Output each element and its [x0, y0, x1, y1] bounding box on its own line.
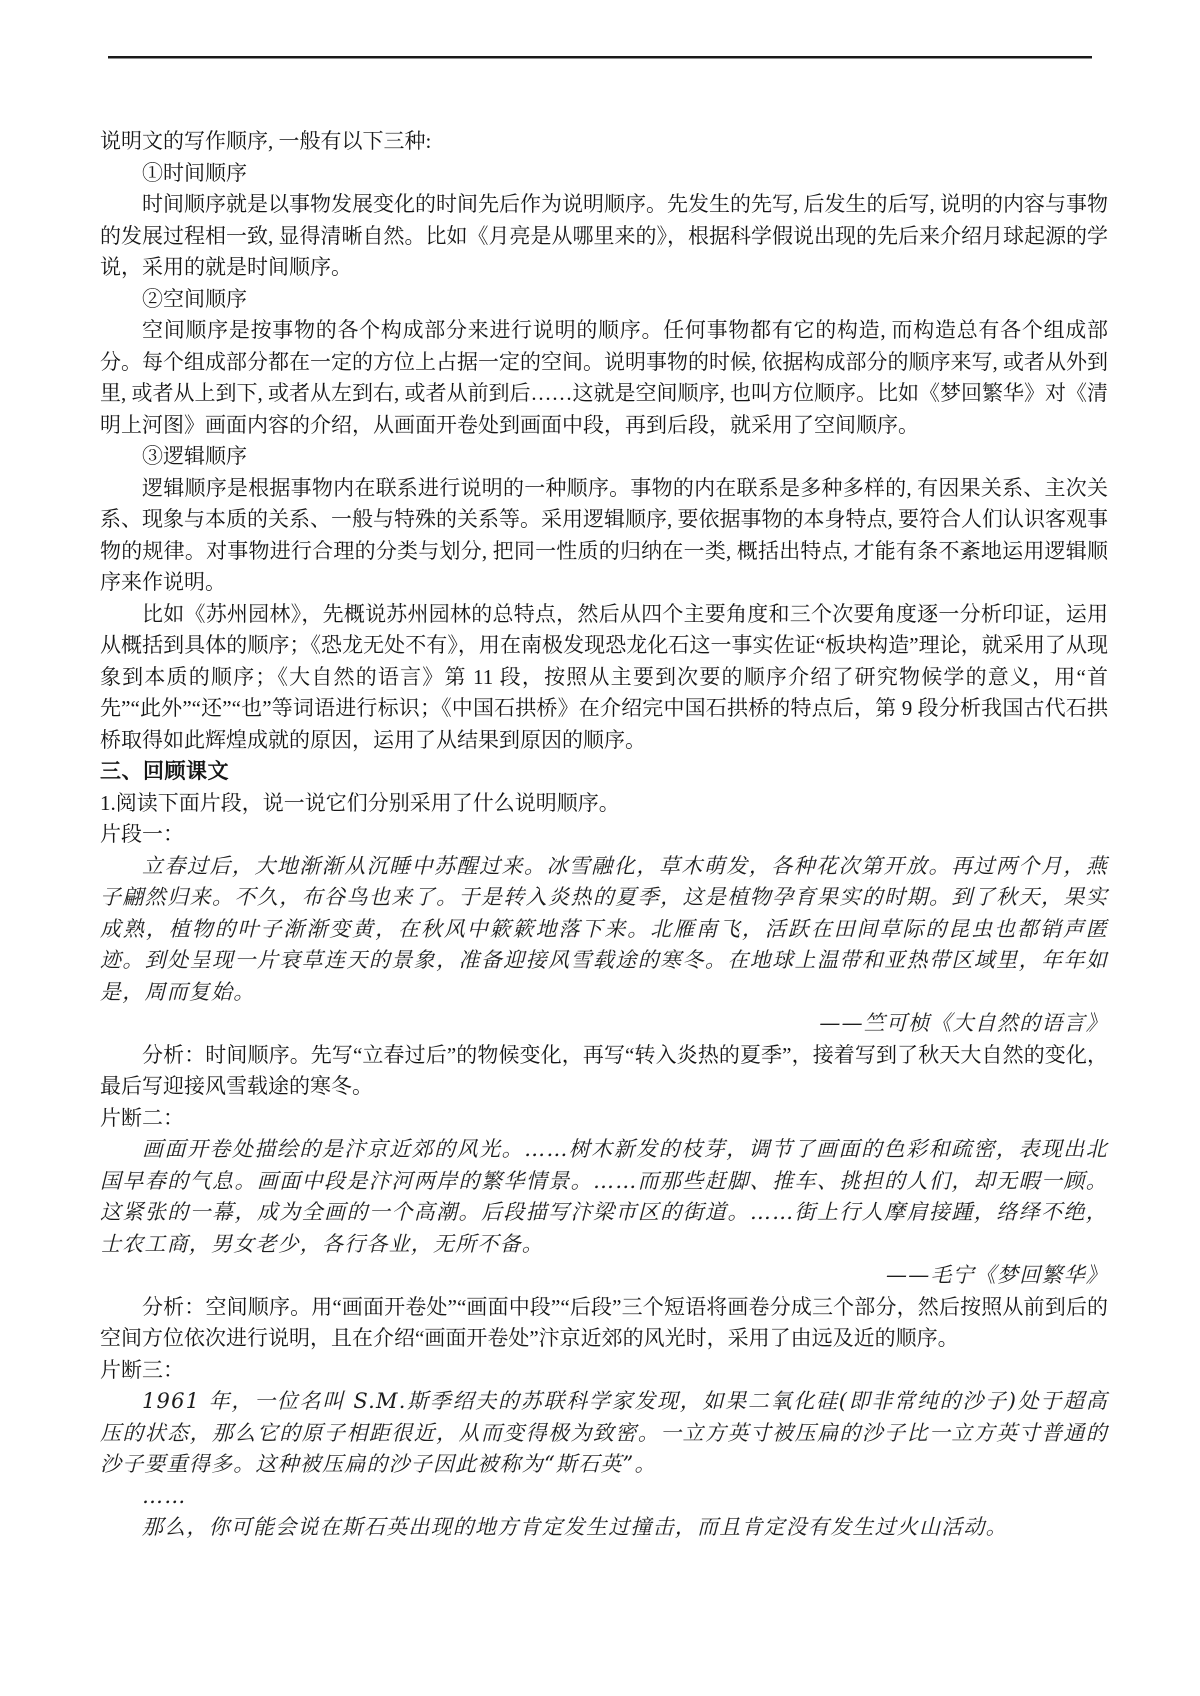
- fragment-1-analysis: 分析：时间顺序。先写“立春过后”的物候变化，再写“转入炎热的夏季”，接着写到了秋…: [100, 1040, 1108, 1103]
- para-logic-order: 逻辑顺序是根据事物内在联系进行说明的一种顺序。事物的内在联系是多种多样的, 有因…: [100, 473, 1108, 599]
- fragment-1-quote: 立春过后，大地渐渐从沉睡中苏醒过来。冰雪融化，草木萌发，各种花次第开放。再过两个…: [100, 851, 1108, 1009]
- task-line: 1.阅读下面片段，说一说它们分别采用了什么说明顺序。: [100, 788, 1108, 820]
- para-time-order: 时间顺序就是以事物发展变化的时间先后作为说明顺序。先发生的先写, 后发生的后写,…: [100, 189, 1108, 284]
- fragment-2-attribution: ——毛宁《梦回繁华》: [100, 1260, 1108, 1292]
- fragment-3-quote: 1961 年，一位名叫 S.M.斯季绍夫的苏联科学家发现，如果二氧化硅(即非常纯…: [100, 1386, 1108, 1481]
- fragment-3-label: 片断三：: [100, 1355, 1108, 1387]
- fragment-3-quote-continued: 那么，你可能会说在斯石英出现的地方肯定发生过撞击，而且肯定没有发生过火山活动。: [100, 1512, 1108, 1544]
- fragment-2-label: 片断二：: [100, 1103, 1108, 1135]
- fragment-1-attribution: ——竺可桢《大自然的语言》: [100, 1008, 1108, 1040]
- para-space-order: 空间顺序是按事物的各个构成部分来进行说明的顺序。任何事物都有它的构造, 而构造总…: [100, 315, 1108, 441]
- document-page: 说明文的写作顺序, 一般有以下三种: ①时间顺序 时间顺序就是以事物发展变化的时…: [100, 0, 1108, 1544]
- fragment-2-analysis: 分析：空间顺序。用“画面开卷处”“画面中段”“后段”三个短语将画卷分成三个部分，…: [100, 1292, 1108, 1355]
- fragment-3-ellipsis: ……: [100, 1481, 1108, 1513]
- fragment-1-label: 片段一：: [100, 819, 1108, 851]
- list-item-space-order: ②空间顺序: [100, 284, 1108, 316]
- section-heading-review: 三、回顾课文: [100, 756, 1108, 788]
- intro-line: 说明文的写作顺序, 一般有以下三种:: [100, 126, 1108, 158]
- para-examples: 比如《苏州园林》，先概说苏州园林的总特点，然后从四个主要角度和三个次要角度逐一分…: [100, 599, 1108, 757]
- list-item-logic-order: ③逻辑顺序: [100, 441, 1108, 473]
- fragment-2-quote: 画面开卷处描绘的是汴京近郊的风光。……树木新发的枝芽，调节了画面的色彩和疏密，表…: [100, 1134, 1108, 1260]
- list-item-time-order: ①时间顺序: [100, 158, 1108, 190]
